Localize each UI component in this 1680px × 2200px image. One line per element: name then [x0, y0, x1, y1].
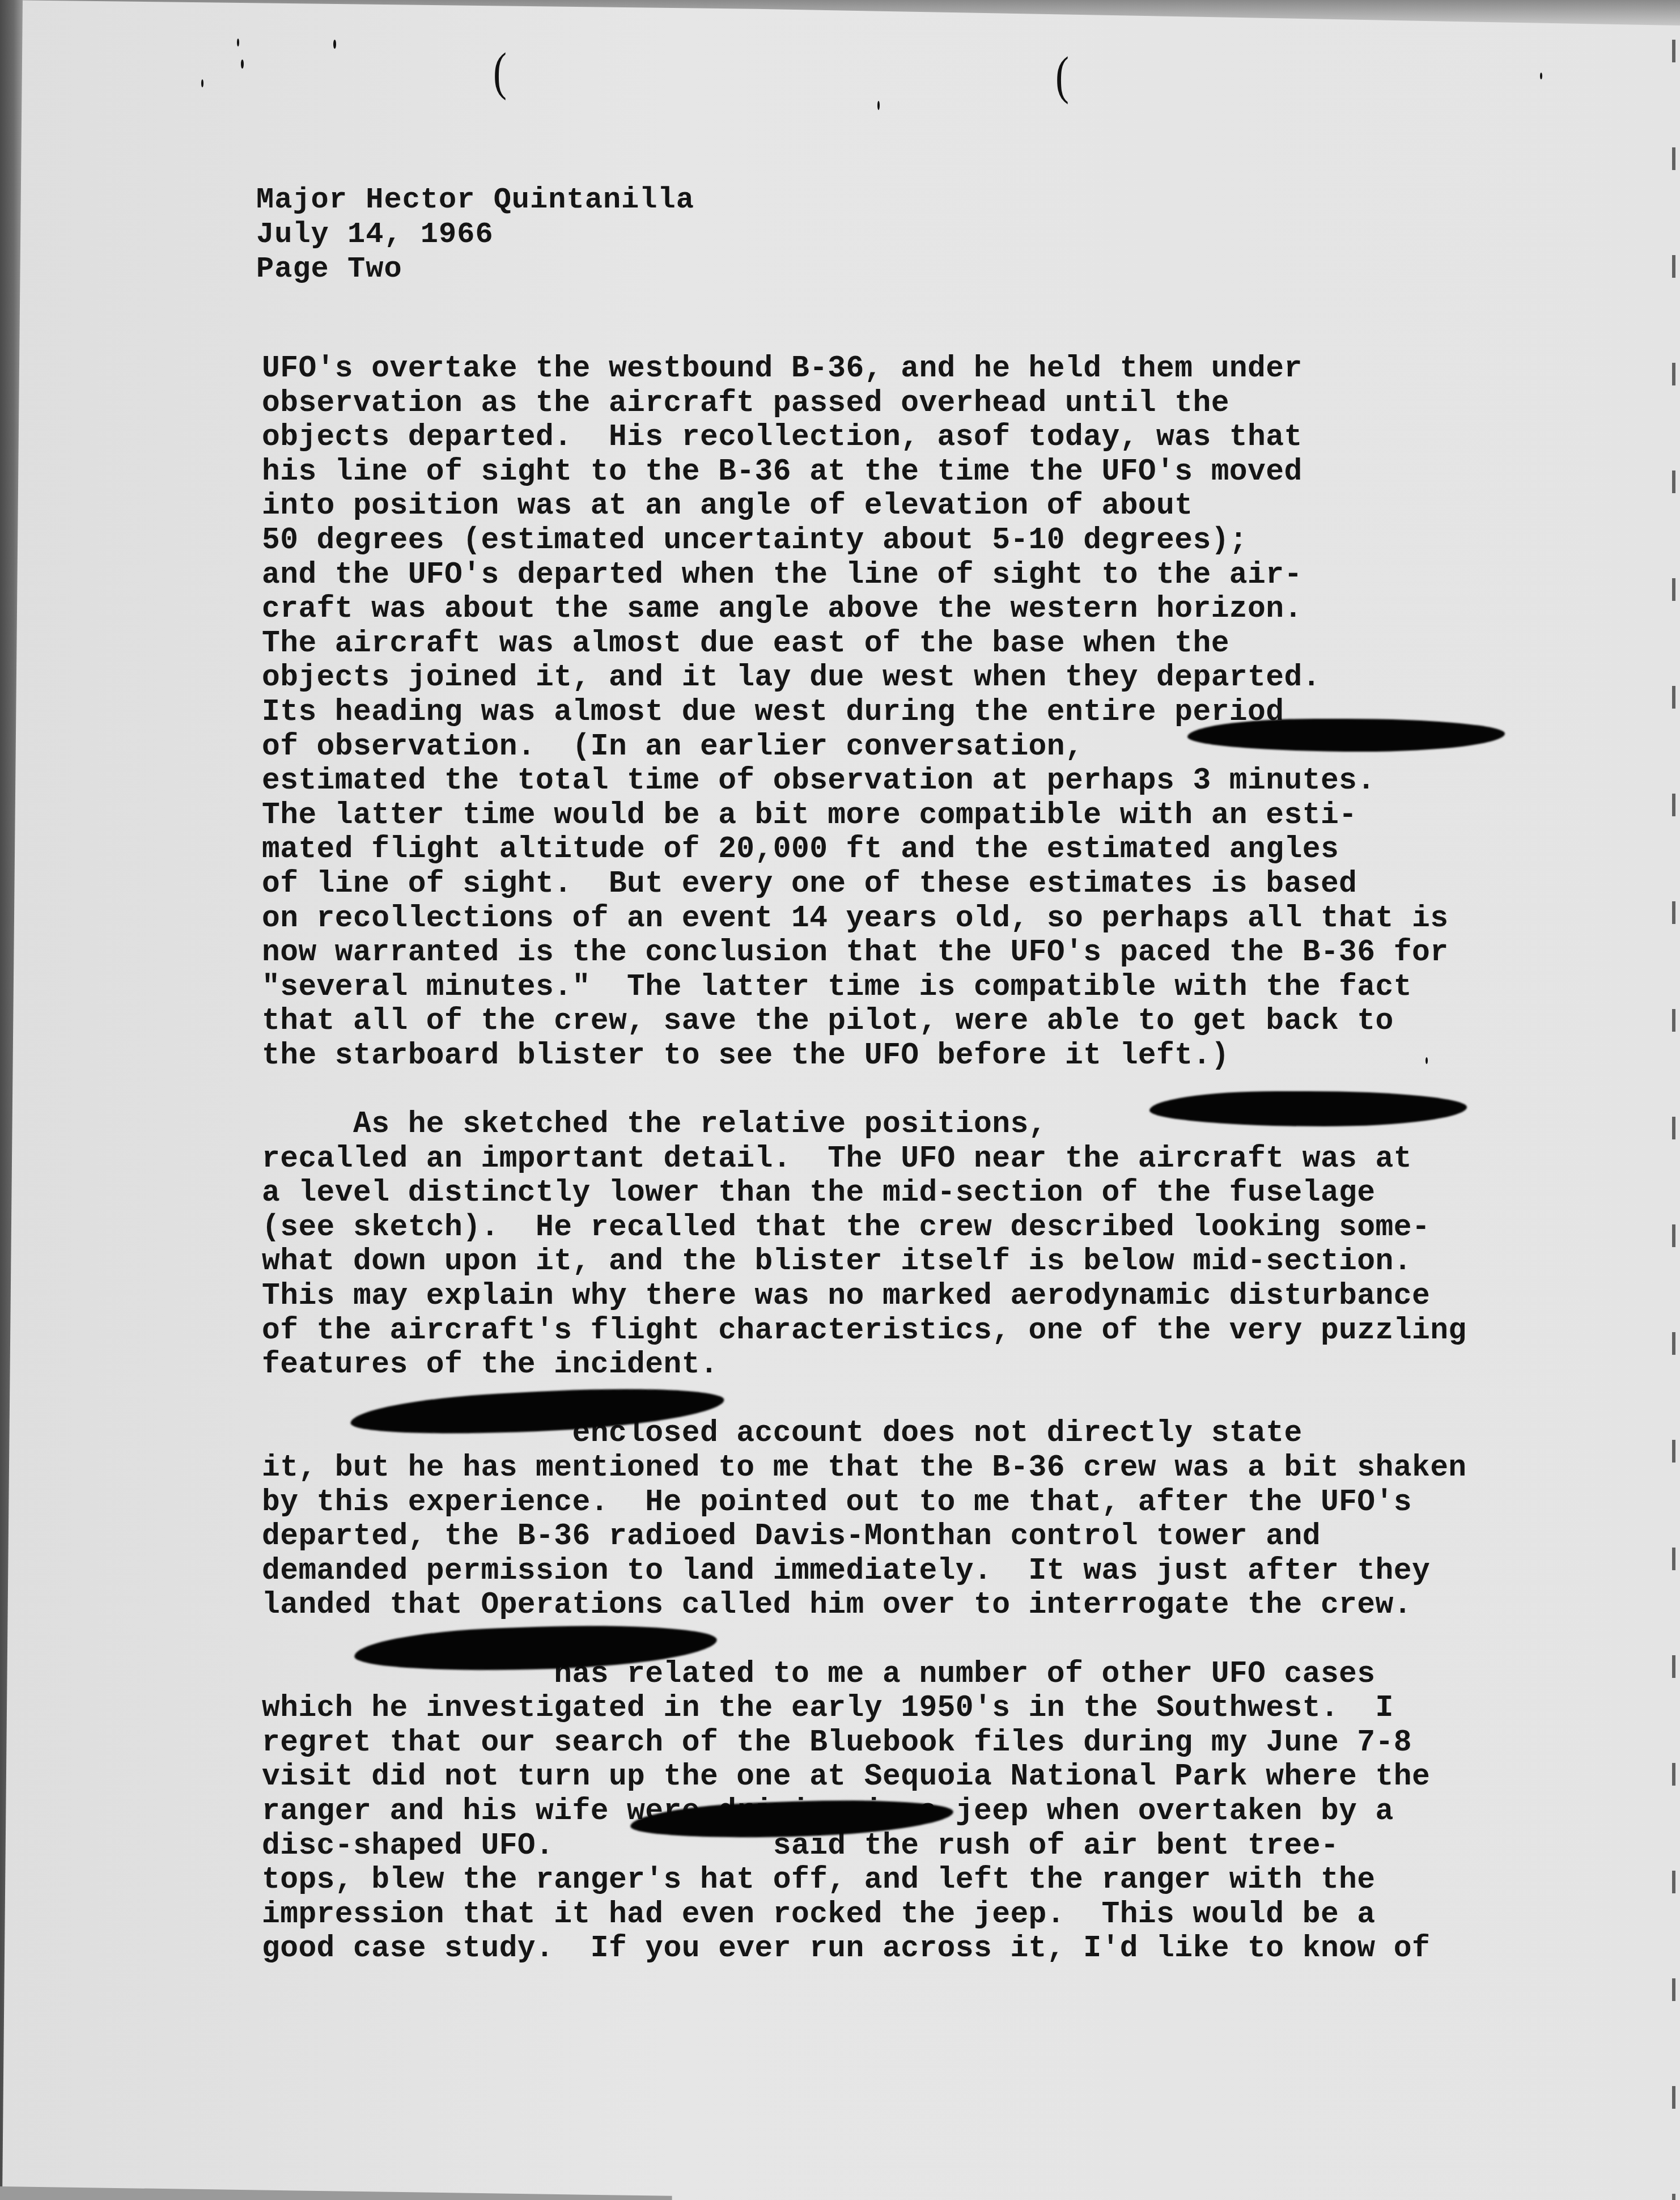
body-line: good case study. If you ever run across … [262, 1931, 1467, 1966]
scan-speck [877, 101, 880, 110]
scan-shadow-bottom [0, 2186, 1680, 2200]
page-number: Page Two [256, 252, 694, 286]
body-line: his line of sight to the B-36 at the tim… [262, 455, 1467, 489]
body-line: The latter time would be a bit more comp… [262, 798, 1467, 833]
scan-shadow-top [0, 0, 1680, 26]
body-line: objects departed. His recollection, asof… [262, 420, 1467, 455]
body-line: demanded permission to land immediately.… [262, 1554, 1467, 1588]
body-line: regret that our search of the Bluebook f… [262, 1726, 1467, 1760]
body-line: that all of the crew, save the pilot, we… [262, 1004, 1467, 1038]
scan-shadow-left [0, 0, 23, 2200]
body-line: mated flight altitude of 20,000 ft and t… [262, 832, 1467, 867]
body-line: which he investigated in the early 1950'… [262, 1691, 1467, 1726]
scan-edge-right [1672, 0, 1675, 2200]
body-line: observation as the aircraft passed overh… [262, 386, 1467, 421]
body-line: "several minutes." The latter time is co… [262, 970, 1467, 1004]
body-line: tops, blew the ranger's hat off, and lef… [262, 1863, 1467, 1897]
body-line: 50 degrees (estimated uncertainty about … [262, 523, 1467, 558]
scan-mark-paren-right: ( [1055, 45, 1069, 107]
scan-speck [237, 39, 239, 46]
body-line: into position was at an angle of elevati… [262, 489, 1467, 523]
body-line: on recollections of an event 14 years ol… [262, 901, 1467, 936]
recipient-name: Major Hector Quintanilla [256, 183, 694, 217]
body-line: it, but he has mentioned to me that the … [262, 1451, 1467, 1485]
body-line: and the UFO's departed when the line of … [262, 558, 1467, 592]
body-line: by this experience. He pointed out to me… [262, 1485, 1467, 1520]
scan-mark-paren-left: ( [493, 41, 507, 103]
body-line: This may explain why there was no marked… [262, 1279, 1467, 1313]
body-line: now warranted is the conclusion that the… [262, 935, 1467, 970]
body-line: objects joined it, and it lay due west w… [262, 660, 1467, 695]
body-line: disc-shaped UFO. said the rush of air be… [262, 1829, 1467, 1863]
body-line: (see sketch). He recalled that the crew … [262, 1210, 1467, 1245]
body-line: UFO's overtake the westbound B-36, and h… [262, 351, 1467, 386]
letter-heading: Major Hector Quintanilla July 14, 1966 P… [256, 183, 694, 286]
body-line: landed that Operations called him over t… [262, 1588, 1467, 1622]
scan-speck [241, 60, 244, 69]
scan-speck [201, 79, 203, 87]
scan-speck [1540, 73, 1542, 79]
body-line: The aircraft was almost due east of the … [262, 626, 1467, 661]
body-line: features of the incident. [262, 1347, 1467, 1382]
redaction-mark [1187, 719, 1505, 752]
scan-speck [333, 40, 336, 49]
body-line: a level distinctly lower than the mid-se… [262, 1176, 1467, 1210]
body-line: estimated the total time of observation … [262, 764, 1467, 798]
letter-date: July 14, 1966 [256, 217, 694, 252]
scanned-page: ( ( Major Hector Quintanilla July 14, 19… [0, 0, 1680, 2200]
letter-body: UFO's overtake the westbound B-36, and h… [262, 351, 1467, 1966]
body-line: visit did not turn up the one at Sequoia… [262, 1760, 1467, 1794]
body-line: craft was about the same angle above the… [262, 592, 1467, 626]
body-line: departed, the B-36 radioed Davis-Monthan… [262, 1519, 1467, 1554]
body-line: of line of sight. But every one of these… [262, 867, 1467, 901]
body-line: of the aircraft's flight characteristics… [262, 1313, 1467, 1348]
redaction-mark [1149, 1091, 1467, 1126]
body-line: the starboard blister to see the UFO bef… [262, 1038, 1467, 1073]
body-line: what down upon it, and the blister itsel… [262, 1244, 1467, 1279]
body-line: impression that it had even rocked the j… [262, 1897, 1467, 1932]
body-line: recalled an important detail. The UFO ne… [262, 1142, 1467, 1176]
